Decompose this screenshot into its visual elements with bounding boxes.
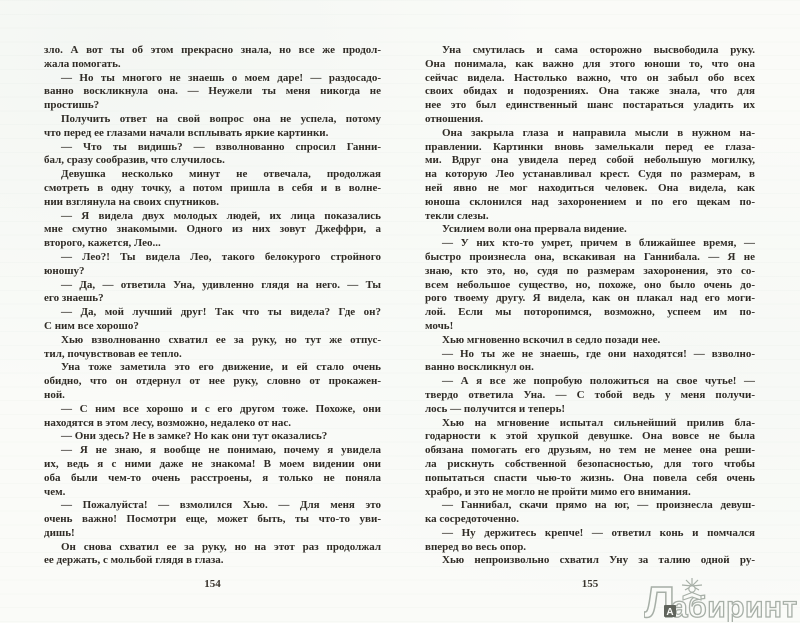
text-line: Хью мгновенно вскочил в седло позади нее… — [425, 334, 755, 348]
text-line: Хью на мгновение испытал сильнейший прил… — [425, 417, 755, 431]
text-line: отношения. — [425, 113, 755, 127]
text-line: — Я видела двух молодых людей, их лица п… — [44, 210, 381, 224]
text-line: Девушка несколько минут не отвечала, про… — [44, 168, 381, 182]
text-line: — У них кто-то умрет, причем в ближайшее… — [425, 237, 755, 251]
text-line: ми. Вдруг она увидела перед собой неболь… — [425, 154, 755, 168]
text-line: Уна тоже заметила это его движение, и ей… — [44, 361, 381, 375]
text-line: — Они здесь? Не в замке? Но как они тут … — [44, 430, 381, 444]
text-line: Хью непроизвольно схватил Уну за талию о… — [425, 554, 755, 568]
text-line: Она понимала, как важно для этого юноши … — [425, 58, 755, 72]
text-line: нии взглянула на своих спутников. — [44, 196, 381, 210]
text-line: ванно воскликнул он. — [425, 361, 755, 375]
text-line: Он снова схватил ее за руку, но на этот … — [44, 541, 381, 555]
text-line: на которую Лео устанавливал крест. Судя … — [425, 168, 755, 182]
text-line: — Ганнибал, скачи прямо на юг, — произне… — [425, 499, 755, 513]
text-line: — Пожалуйста! — взмолился Хью. — Для мен… — [44, 499, 381, 513]
text-line: рого твоему другу. Я видела, как он плак… — [425, 292, 755, 306]
text-line: твердо ответила Уна. — С тобой ведь у ме… — [425, 389, 755, 403]
text-line: — Я не знаю, я вообще не понимаю, почему… — [44, 444, 381, 458]
text-line: мочь! — [425, 320, 755, 334]
text-line: нее это был единственный шанс постаратьс… — [425, 99, 755, 113]
text-line: его знаешь? — [44, 292, 381, 306]
text-line: смотреть в одну точку, а потом пришла в … — [44, 182, 381, 196]
text-line: быстро произнесла она, вскакивая на Ганн… — [425, 251, 755, 265]
text-line: ла рискнуть собственной безопасностью, д… — [425, 458, 755, 472]
text-line: текли слезы. — [425, 210, 755, 224]
text-line: вперед во весь опор. — [425, 541, 755, 555]
text-line: обязана помогать его друзьям, но тем не … — [425, 444, 755, 458]
text-line: мне смутно знакомыми. Одного из них зову… — [44, 223, 381, 237]
text-line: юношу? — [44, 265, 381, 279]
text-line: ной. — [44, 389, 381, 403]
text-line: обидно, что он отдернул от нее руку, сло… — [44, 375, 381, 389]
text-line: Она закрыла глаза и направила мысли в ну… — [425, 127, 755, 141]
book-spread: зло. А вот ты об этом прекрасно знала, н… — [0, 0, 800, 623]
text-line: очень важно! Посмотри еще, может быть, т… — [44, 513, 381, 527]
page-right-text: Уна смутилась и сама осторожно высвободи… — [425, 44, 755, 568]
text-line: лось — получится и теперь! — [425, 403, 755, 417]
text-line: своих обидах и подозрениях. Она также зн… — [425, 85, 755, 99]
text-line: годарности к этой хрупкой девушке. Она в… — [425, 430, 755, 444]
text-line: что перед ее глазами начали всплывать яр… — [44, 127, 381, 141]
page-left-text: зло. А вот ты об этом прекрасно знала, н… — [44, 44, 381, 568]
text-line: тил, почувствовав ее тепло. — [44, 348, 381, 362]
text-line: — Да, мой лучший друг! Так что ты видела… — [44, 306, 381, 320]
text-line: попытаться спасти чью-то жизнь. Она пове… — [425, 472, 755, 486]
text-line: зло. А вот ты об этом прекрасно знала, н… — [44, 44, 381, 58]
text-line: ванно воскликнула она. — Неужели ты меня… — [44, 85, 381, 99]
badge-letter: А — [666, 607, 673, 618]
text-line: оба были чем-то очень расстроены, я толь… — [44, 472, 381, 486]
text-line: — А я все же попробую положиться на свое… — [425, 375, 755, 389]
text-line: С ним все хорошо? — [44, 320, 381, 334]
text-line: второго, кажется, Лео... — [44, 237, 381, 251]
text-line: ее держать, с мольбой глядя в глаза. — [44, 554, 381, 568]
text-line: храбро, и это не могло не пройти мимо ег… — [425, 486, 755, 500]
text-line: всем небольшое существо, но, похоже, оно… — [425, 279, 755, 293]
text-line: — Но ты же не знаешь, где они находятся!… — [425, 348, 755, 362]
text-line: — Ну держитесь крепче! — ответил конь и … — [425, 527, 755, 541]
text-line: ка сосредоточенно. — [425, 513, 755, 527]
text-line: лой. Если мы поторопимся, возможно, успе… — [425, 306, 755, 320]
page-number-left: 154 — [44, 578, 381, 590]
text-line: Уна смутилась и сама осторожно высвободи… — [425, 44, 755, 58]
text-line: — С ним все хорошо и с его другом тоже. … — [44, 403, 381, 417]
labirint-logo: Л абиринт А — [644, 574, 800, 622]
text-line: сейчас видела. Настолько важно, что он з… — [425, 72, 755, 86]
text-line: жала помогать. — [44, 58, 381, 72]
text-line: — Но ты многого не знаешь о моем даре! —… — [44, 72, 381, 86]
text-line: Усилием воли она прервала видение. — [425, 223, 755, 237]
text-line: — Лео?! Ты видела Лео, такого белокурого… — [44, 251, 381, 265]
text-line: дишь! — [44, 527, 381, 541]
text-line: — Что ты видишь? — взволнованно спросил … — [44, 141, 381, 155]
text-line: находятся в этом лесу, возможно, недалек… — [44, 417, 381, 431]
text-line: — Да, — ответила Уна, удивленно глядя на… — [44, 279, 381, 293]
text-line: их, ведь я с ними даже не знакома! В мое… — [44, 458, 381, 472]
text-line: знаю, кто это, но, судя по размерам захо… — [425, 265, 755, 279]
text-line: ней явно не мог находиться человек. Она … — [425, 182, 755, 196]
text-line: юноша склонился над захоронением и по ег… — [425, 196, 755, 210]
text-line: чем. — [44, 486, 381, 500]
labirint-watermark: Л абиринт А — [644, 574, 800, 622]
text-line: простишь? — [44, 99, 381, 113]
text-line: Получить ответ на свой вопрос она не усп… — [44, 113, 381, 127]
letter-badge: А — [664, 605, 676, 618]
text-line: правлении. Картинки вновь замелькали пер… — [425, 141, 755, 155]
text-line: бал, сразу сообразив, что случилось. — [44, 154, 381, 168]
text-line: Хью взволнованно схватил ее за руку, но … — [44, 334, 381, 348]
